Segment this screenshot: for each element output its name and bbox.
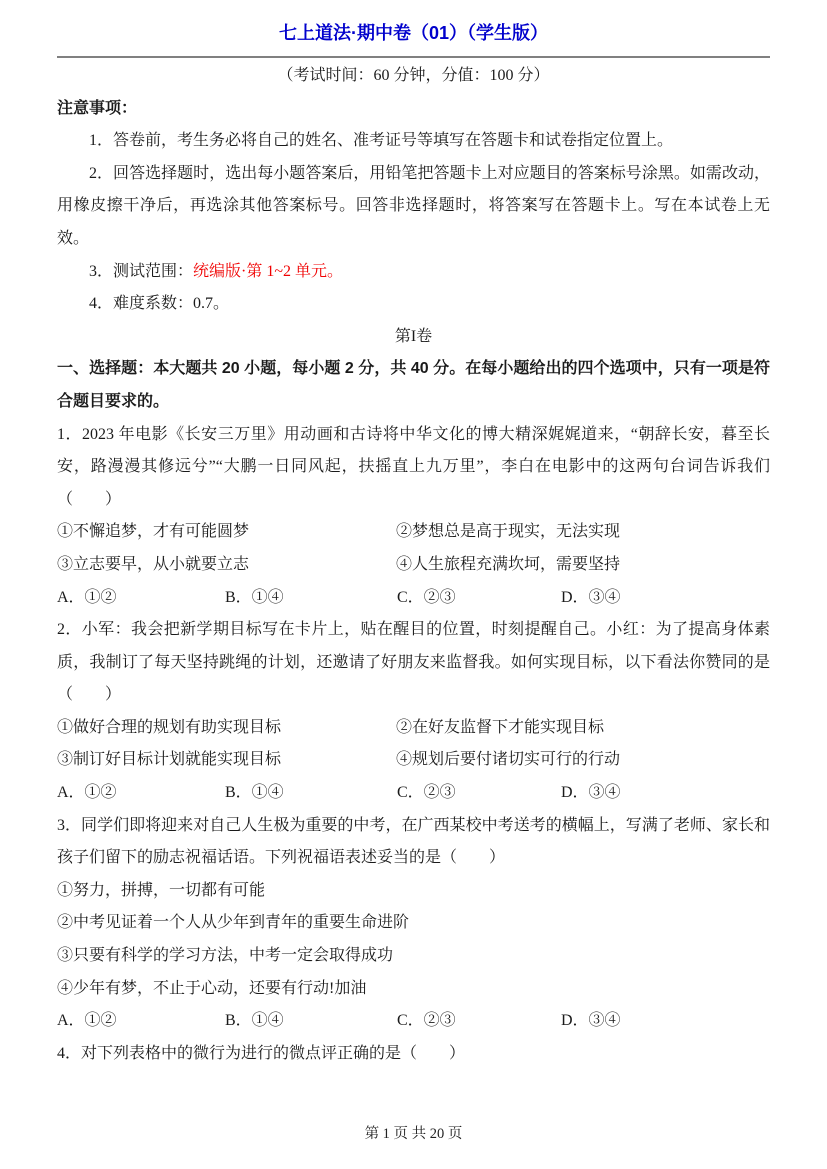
question-1-option-4: ④人生旅程充满坎坷，需要坚持 bbox=[396, 549, 770, 582]
question-3-option-2: ②中考见证着一个人从少年到青年的重要生命进阶 bbox=[57, 907, 770, 940]
question-2-choice-c: C．②③ bbox=[397, 777, 561, 810]
question-3-choice-d: D．③④ bbox=[561, 1005, 770, 1038]
notice-item-4: 4．难度系数：0.7。 bbox=[57, 288, 770, 321]
question-1-options-row-1: ①不懈追梦，才有可能圆梦 ②梦想总是高于现实，无法实现 bbox=[57, 516, 770, 549]
notice-item-2: 2．回答选择题时，选出每小题答案后，用铅笔把答题卡上对应题目的答案标号涂黑。如需… bbox=[57, 158, 770, 256]
notice-item-3-highlight: 统编版·第 1~2 单元。 bbox=[193, 263, 343, 280]
notice-item-3-label: 3．测试范围： bbox=[89, 263, 193, 280]
question-1-option-2: ②梦想总是高于现实，无法实现 bbox=[396, 516, 770, 549]
part-label: 第I卷 bbox=[57, 321, 770, 354]
question-2-options-row-1: ①做好合理的规划有助实现目标 ②在好友监督下才能实现目标 bbox=[57, 712, 770, 745]
question-3-choice-b: B．①④ bbox=[225, 1005, 397, 1038]
notice-item-1: 1．答卷前，考生务必将自己的姓名、准考证号等填写在答题卡和试卷指定位置上。 bbox=[57, 125, 770, 158]
question-2-choice-d: D．③④ bbox=[561, 777, 770, 810]
question-1-option-1: ①不懈追梦，才有可能圆梦 bbox=[57, 516, 396, 549]
question-2: 2．小军：我会把新学期目标写在卡片上，贴在醒目的位置，时刻提醒自己。小红：为了提… bbox=[57, 614, 770, 810]
question-1: 1．2023 年电影《长安三万里》用动画和古诗将中华文化的博大精深娓娓道来，“朝… bbox=[57, 419, 770, 615]
question-1-options-row-2: ③立志要早，从小就要立志 ④人生旅程充满坎坷，需要坚持 bbox=[57, 549, 770, 582]
question-1-stem: 1．2023 年电影《长安三万里》用动画和古诗将中华文化的博大精深娓娓道来，“朝… bbox=[57, 419, 770, 517]
notice-item-3: 3．测试范围：统编版·第 1~2 单元。 bbox=[57, 256, 770, 289]
page-title: 七上道法·期中卷（01）（学生版） bbox=[57, 18, 770, 48]
question-3-option-4: ④少年有梦，不止于心动，还要有行动!加油 bbox=[57, 973, 770, 1006]
question-1-choice-b: B．①④ bbox=[225, 582, 397, 615]
question-1-choices: A．①② B．①④ C．②③ D．③④ bbox=[57, 582, 770, 615]
question-2-choice-b: B．①④ bbox=[225, 777, 397, 810]
question-2-option-2: ②在好友监督下才能实现目标 bbox=[396, 712, 770, 745]
question-3-stem: 3．同学们即将迎来对自己人生极为重要的中考，在广西某校中考送考的横幅上，写满了老… bbox=[57, 810, 770, 875]
exam-paper-page: 七上道法·期中卷（01）（学生版） （考试时间：60 分钟，分值：100 分） … bbox=[0, 0, 827, 1070]
notices-heading: 注意事项： bbox=[57, 93, 770, 126]
title-divider bbox=[57, 56, 770, 58]
question-4: 4．对下列表格中的微行为进行的微点评正确的是（ ） bbox=[57, 1038, 770, 1071]
page-header: 七上道法·期中卷（01）（学生版） （考试时间：60 分钟，分值：100 分） bbox=[57, 18, 770, 93]
question-3-option-3: ③只要有科学的学习方法，中考一定会取得成功 bbox=[57, 940, 770, 973]
question-3-choices: A．①② B．①④ C．②③ D．③④ bbox=[57, 1005, 770, 1038]
question-3: 3．同学们即将迎来对自己人生极为重要的中考，在广西某校中考送考的横幅上，写满了老… bbox=[57, 810, 770, 1038]
question-2-options-row-2: ③制订好目标计划就能实现目标 ④规划后要付诸切实可行的行动 bbox=[57, 744, 770, 777]
question-1-option-3: ③立志要早，从小就要立志 bbox=[57, 549, 396, 582]
question-2-option-4: ④规划后要付诸切实可行的行动 bbox=[396, 744, 770, 777]
section-heading: 一、选择题：本大题共 20 小题，每小题 2 分，共 40 分。在每小题给出的四… bbox=[57, 353, 770, 418]
footer-page-number: 第 1 页 共 20 页 bbox=[0, 1122, 827, 1143]
question-4-stem: 4．对下列表格中的微行为进行的微点评正确的是（ ） bbox=[57, 1038, 770, 1071]
question-2-option-3: ③制订好目标计划就能实现目标 bbox=[57, 744, 396, 777]
question-2-stem: 2．小军：我会把新学期目标写在卡片上，贴在醒目的位置，时刻提醒自己。小红：为了提… bbox=[57, 614, 770, 712]
question-2-choices: A．①② B．①④ C．②③ D．③④ bbox=[57, 777, 770, 810]
question-1-choice-d: D．③④ bbox=[561, 582, 770, 615]
exam-info: （考试时间：60 分钟，分值：100 分） bbox=[57, 60, 770, 93]
question-1-choice-a: A．①② bbox=[57, 582, 225, 615]
question-2-choice-a: A．①② bbox=[57, 777, 225, 810]
question-2-option-1: ①做好合理的规划有助实现目标 bbox=[57, 712, 396, 745]
question-1-choice-c: C．②③ bbox=[397, 582, 561, 615]
question-3-choice-a: A．①② bbox=[57, 1005, 225, 1038]
notices-section: 注意事项： 1．答卷前，考生务必将自己的姓名、准考证号等填写在答题卡和试卷指定位… bbox=[57, 93, 770, 321]
question-3-option-1: ①努力，拼搏，一切都有可能 bbox=[57, 875, 770, 908]
question-3-choice-c: C．②③ bbox=[397, 1005, 561, 1038]
